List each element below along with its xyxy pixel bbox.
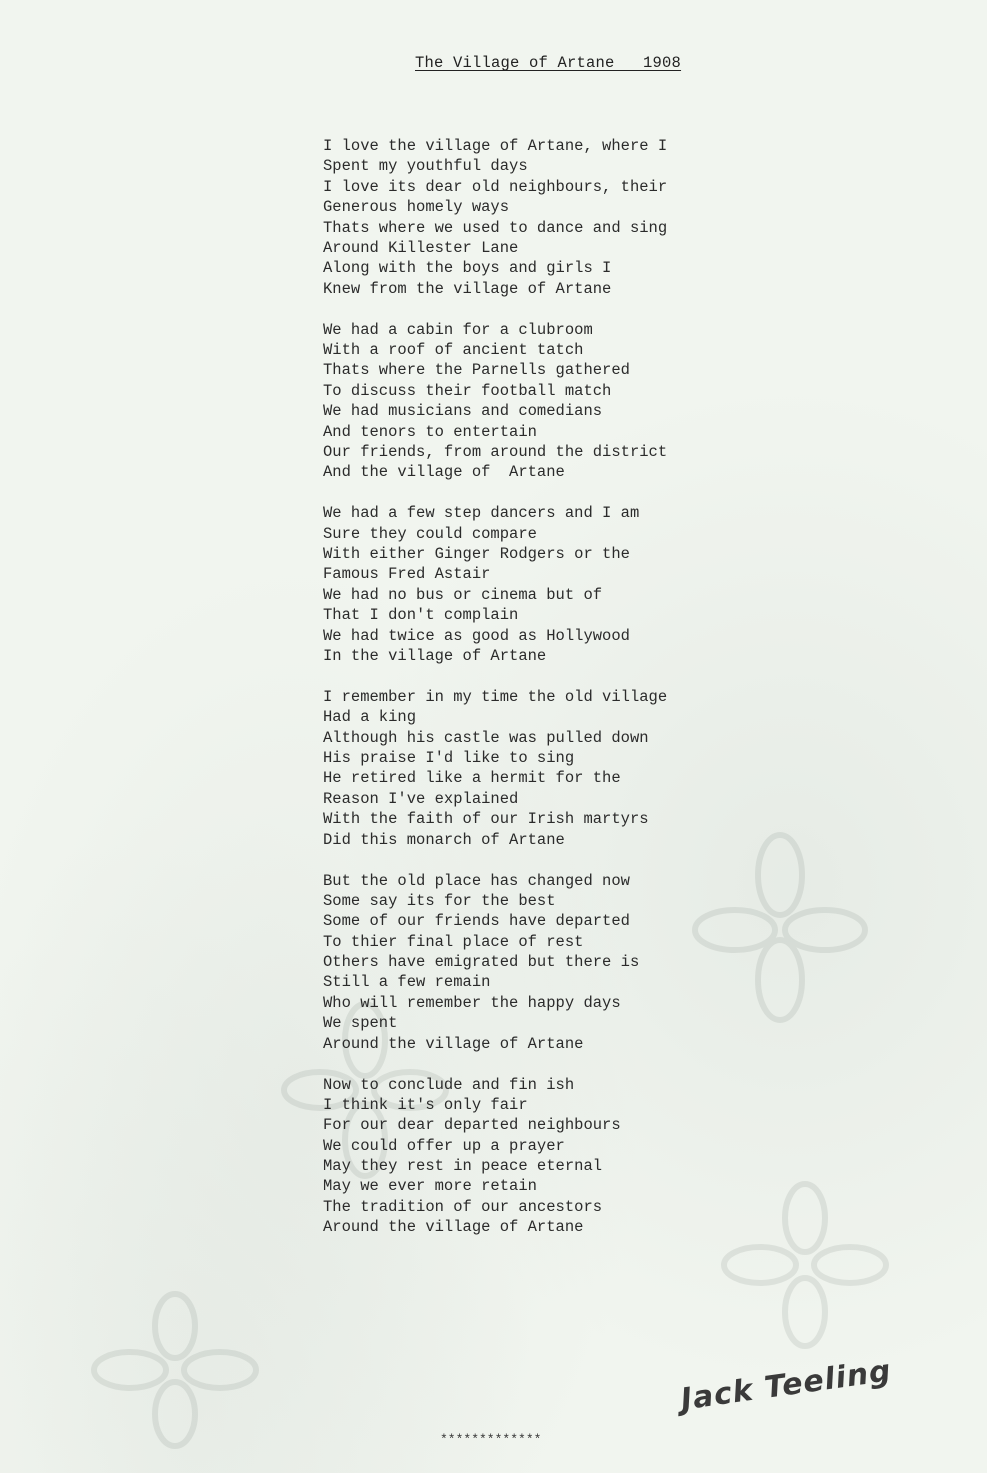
poem-line: Had a king [323,707,763,727]
poem-line: The tradition of our ancestors [323,1197,763,1217]
poem-line: Who will remember the happy days [323,993,763,1013]
poem-line: Generous homely ways [323,197,763,217]
poem-line: We had a cabin for a clubroom [323,320,763,340]
poem-line: Thats where the Parnells gathered [323,360,763,380]
stanza: I remember in my time the old villageHad… [323,687,763,850]
poem-body: I love the village of Artane, where ISpe… [323,136,763,1258]
flower-doodle-icon [90,1290,260,1450]
poem-line: I think it's only fair [323,1095,763,1115]
poem-line: Still a few remain [323,972,763,992]
stanza: I love the village of Artane, where ISpe… [323,136,763,299]
stanza: We had a cabin for a clubroomWith a roof… [323,320,763,483]
poem-line: May we ever more retain [323,1176,763,1196]
poem-line: With either Ginger Rodgers or the [323,544,763,564]
end-separator: ************* [440,1432,541,1447]
poem-line: Did this monarch of Artane [323,830,763,850]
poem-line: Thats where we used to dance and sing [323,218,763,238]
poem-line: Around the village of Artane [323,1217,763,1237]
poem-line: May they rest in peace eternal [323,1156,763,1176]
stanza: Now to conclude and fin ishI think it's … [323,1075,763,1238]
poem-line: Spent my youthful days [323,156,763,176]
poem-line: His praise I'd like to sing [323,748,763,768]
poem-line: To discuss their football match [323,381,763,401]
poem-line: And tenors to entertain [323,422,763,442]
poem-line: Around Killester Lane [323,238,763,258]
poem-line: We had musicians and comedians [323,401,763,421]
poem-line: To thier final place of rest [323,932,763,952]
poem-line: He retired like a hermit for the [323,768,763,788]
poem-line: Around the village of Artane [323,1034,763,1054]
poem-line: We could offer up a prayer [323,1136,763,1156]
poem-line: Knew from the village of Artane [323,279,763,299]
poem-title: The Village of Artane 1908 [415,54,681,72]
poem-line: Others have emigrated but there is [323,952,763,972]
poem-line: But the old place has changed now [323,871,763,891]
poem-line: Now to conclude and fin ish [323,1075,763,1095]
poem-line: I love its dear old neighbours, their [323,177,763,197]
poem-line: With a roof of ancient tatch [323,340,763,360]
poem-line: Along with the boys and girls I [323,258,763,278]
poem-line: For our dear departed neighbours [323,1115,763,1135]
poem-line: We had no bus or cinema but of [323,585,763,605]
poem-line: Some of our friends have departed [323,911,763,931]
poem-line: Although his castle was pulled down [323,728,763,748]
poem-line: We had twice as good as Hollywood [323,626,763,646]
stanza: We had a few step dancers and I amSure t… [323,503,763,666]
stanza: But the old place has changed nowSome sa… [323,871,763,1055]
poem-line: We spent [323,1013,763,1033]
poem-line: With the faith of our Irish martyrs [323,809,763,829]
poem-line: Some say its for the best [323,891,763,911]
poem-line: And the village of Artane [323,462,763,482]
poem-line: We had a few step dancers and I am [323,503,763,523]
poem-line: Reason I've explained [323,789,763,809]
poem-line: Sure they could compare [323,524,763,544]
document-page: The Village of Artane 1908 I love the vi… [0,0,987,1473]
poem-line: I love the village of Artane, where I [323,136,763,156]
poem-line: I remember in my time the old village [323,687,763,707]
poem-line: In the village of Artane [323,646,763,666]
poem-line: That I don't complain [323,605,763,625]
poem-line: Famous Fred Astair [323,564,763,584]
poem-line: Our friends, from around the district [323,442,763,462]
author-signature: Jack Teeling [679,1353,894,1417]
